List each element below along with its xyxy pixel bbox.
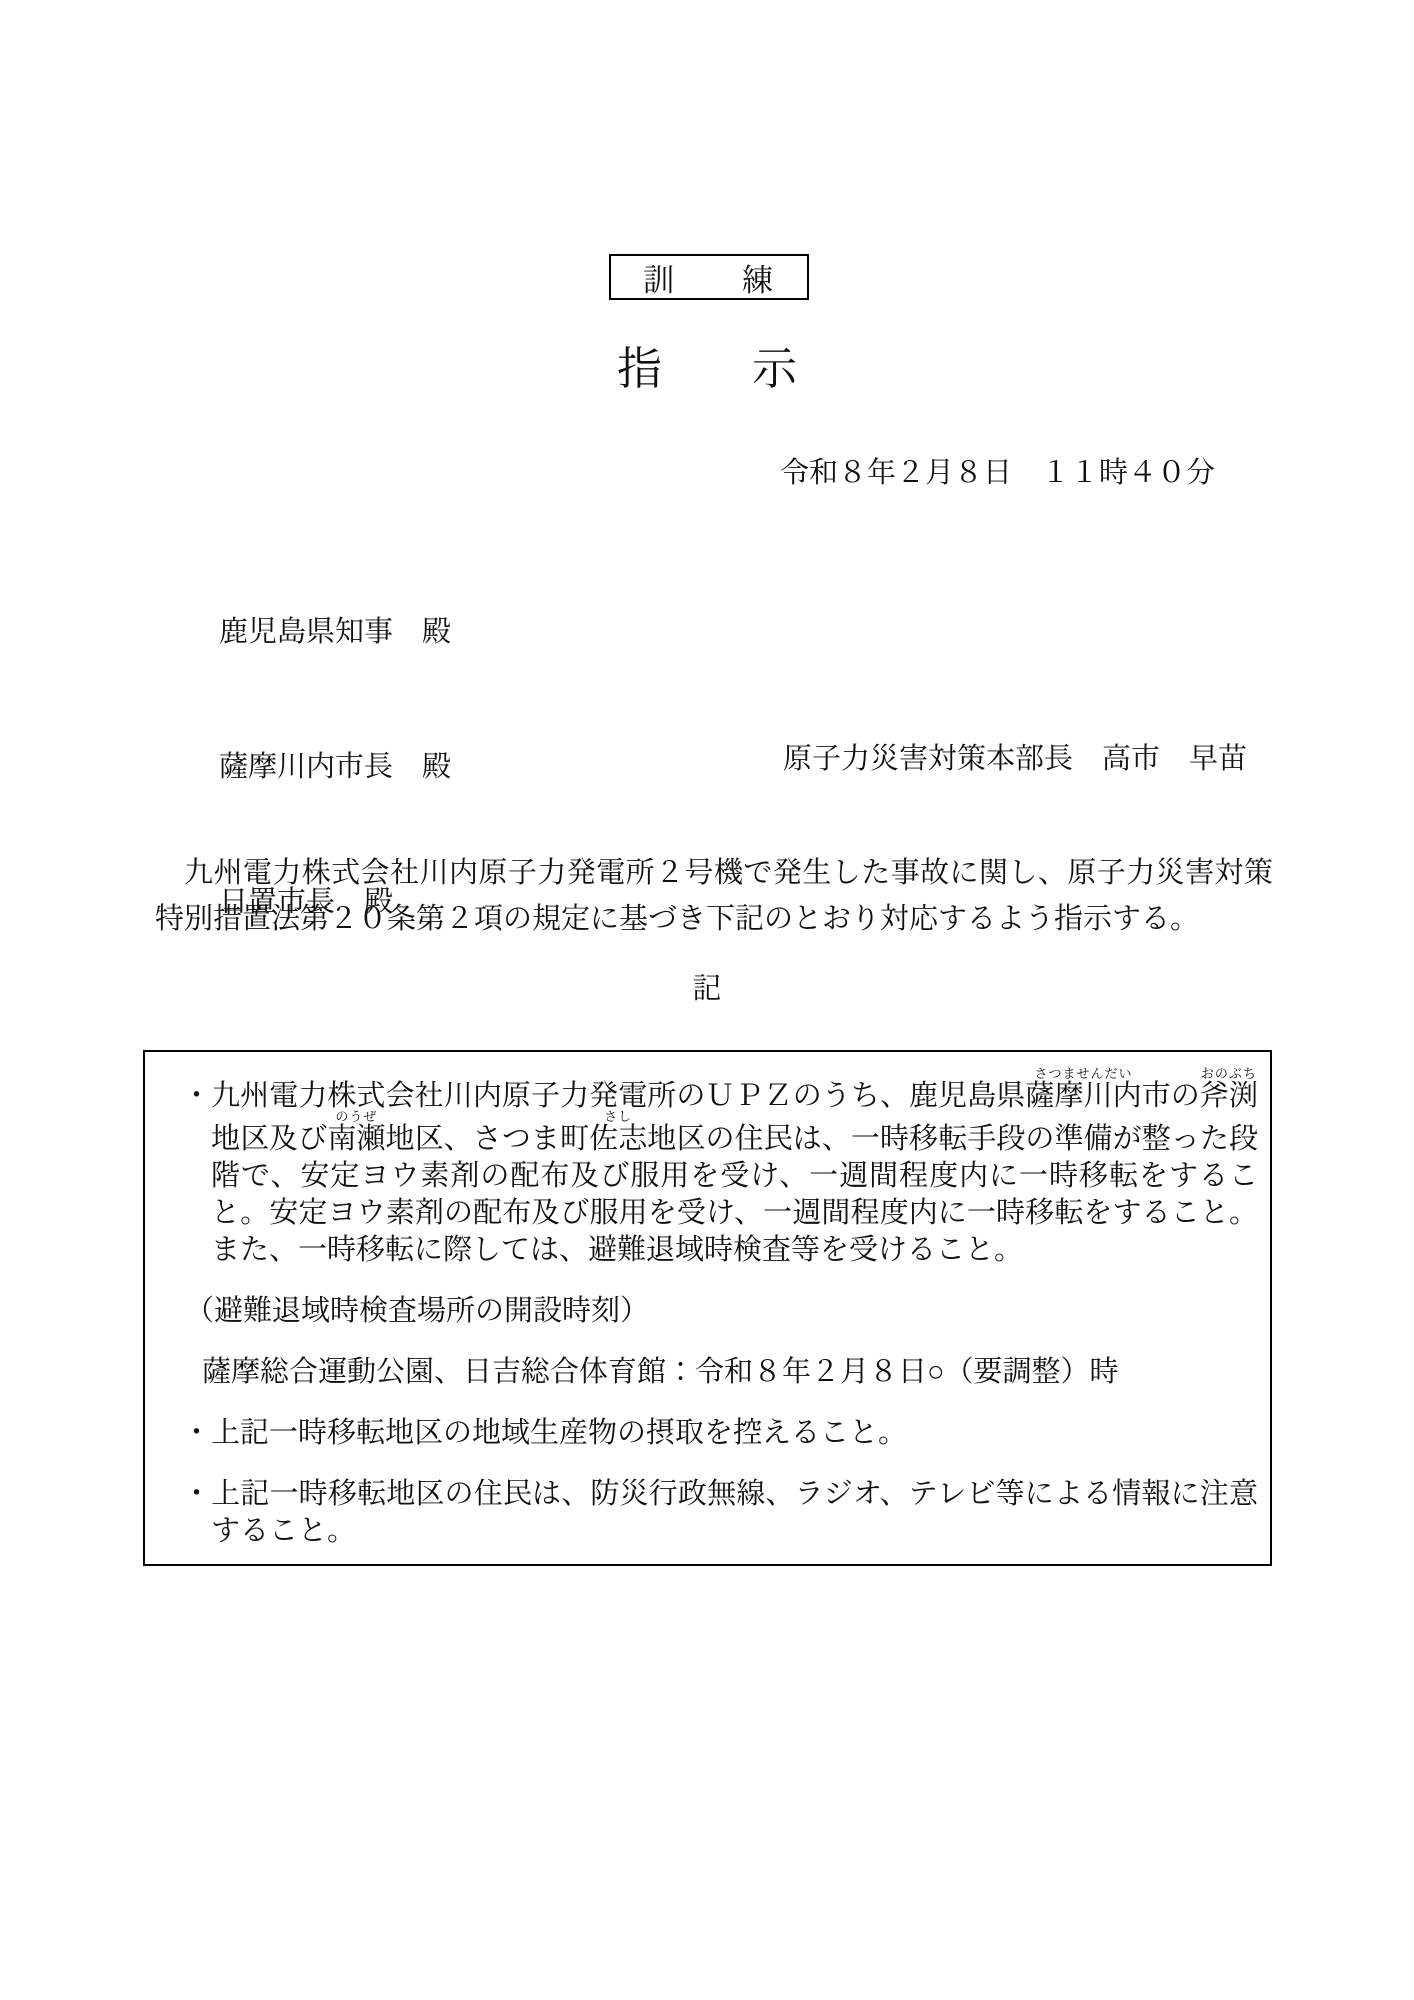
issue-datetime: 令和８年２月８日 １１時４０分 bbox=[780, 450, 1215, 491]
document-title: 指 示 bbox=[0, 332, 1414, 397]
document-page: 訓 練 指 示 令和８年２月８日 １１時４０分 鹿児島県知事 殿 薩摩川内市長 … bbox=[0, 0, 1414, 2000]
notice-item-checkpoint-heading: （避難退域時検査場所の開設時刻） bbox=[185, 1293, 1258, 1330]
training-classification-label: 訓 練 bbox=[643, 255, 775, 300]
record-marker: 記 bbox=[0, 966, 1414, 1007]
information-attention-text: 上記一時移転地区の住民は、防災行政無線、ラジオ、テレビ等による情報に注意すること… bbox=[211, 1478, 1258, 1547]
bullet-marker-icon: ・ bbox=[182, 1417, 211, 1449]
bullet-marker-icon: ・ bbox=[182, 1478, 211, 1510]
addressee-item: 薩摩川内市長 殿 bbox=[219, 745, 451, 790]
addressee-item: 鹿児島県知事 殿 bbox=[219, 610, 451, 655]
notice-item-main-instruction: ・九州電力株式会社川内原子力発電所のＵＰＺのうち、鹿児島県薩摩川内さつませんだい… bbox=[182, 1066, 1258, 1269]
food-restriction-text: 上記一時移転地区の地域生産物の摂取を控えること。 bbox=[211, 1417, 907, 1449]
notice-item-food-restriction: ・上記一時移転地区の地域生産物の摂取を控えること。 bbox=[182, 1415, 1258, 1452]
main-instruction-text: 九州電力株式会社川内原子力発電所のＵＰＺのうち、鹿児島県薩摩川内さつませんだい市… bbox=[211, 1080, 1258, 1266]
notice-item-information-attention: ・上記一時移転地区の住民は、防災行政無線、ラジオ、テレビ等による情報に注意するこ… bbox=[182, 1476, 1258, 1550]
body-paragraph: 九州電力株式会社川内原子力発電所２号機で発生した事故に関し、原子力災害対策特別措… bbox=[155, 850, 1273, 942]
sender-line: 原子力災害対策本部長 高市 早苗 bbox=[783, 736, 1247, 777]
training-classification-box: 訓 練 bbox=[609, 254, 809, 300]
bullet-marker-icon: ・ bbox=[182, 1080, 211, 1112]
notice-item-checkpoint-schedule: 薩摩総合運動公園、日吉総合体育館：令和８年２月８日○（要調整）時 bbox=[202, 1354, 1258, 1391]
notice-box: ・九州電力株式会社川内原子力発電所のＵＰＺのうち、鹿児島県薩摩川内さつませんだい… bbox=[143, 1050, 1272, 1566]
